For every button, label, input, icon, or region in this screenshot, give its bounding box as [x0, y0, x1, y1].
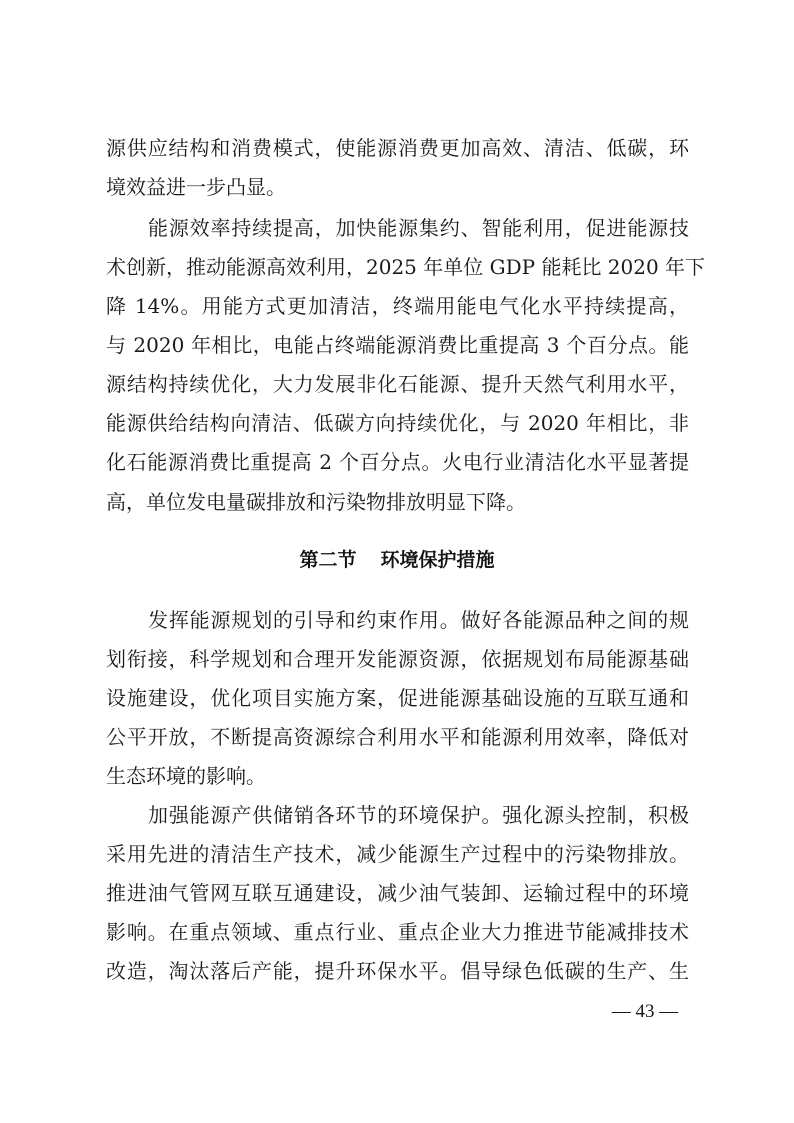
body-text-line: 推进油气管网互联互通建设，减少油气装卸、运输过程中的环境 [106, 878, 689, 908]
body-text-line: 降 14%。用能方式更加清洁，终端用能电气化水平持续提高， [106, 291, 689, 321]
body-text-line: 划衔接，科学规划和合理开发能源资源，依据规划布局能源基础 [106, 644, 689, 674]
section-heading: 第二节环境保护措施 [0, 545, 794, 575]
body-text-line: 高，单位发电量碳排放和污染物排放明显下降。 [106, 487, 689, 517]
body-text-line: 术创新，推动能源高效利用，2025 年单位 GDP 能耗比 2020 年下 [106, 252, 689, 282]
body-text-line: 生态环境的影响。 [106, 761, 689, 791]
body-text-line: 境效益进一步凸显。 [106, 172, 689, 202]
paragraph-first-line: 发挥能源规划的引导和约束作用。做好各能源品种之间的规 [148, 605, 689, 635]
section-number: 第二节 [299, 549, 356, 571]
body-text-line: 改造，淘汰落后产能，提升环保水平。倡导绿色低碳的生产、生 [106, 956, 689, 986]
body-text-line: 影响。在重点领域、重点行业、重点企业大力推进节能减排技术 [106, 917, 689, 947]
body-text-line: 设施建设，优化项目实施方案，促进能源基础设施的互联互通和 [106, 683, 689, 713]
section-title: 环境保护措施 [381, 549, 495, 571]
document-page: 源供应结构和消费模式，使能源消费更加高效、清洁、低碳，环 境效益进一步凸显。 能… [0, 0, 794, 1123]
body-text-line: 源供应结构和消费模式，使能源消费更加高效、清洁、低碳，环 [106, 133, 689, 163]
paragraph-first-line: 加强能源产供储销各环节的环境保护。强化源头控制，积极 [148, 800, 689, 830]
paragraph-first-line: 能源效率持续提高，加快能源集约、智能利用，促进能源技 [148, 213, 689, 243]
body-text-line: 化石能源消费比重提高 2 个百分点。火电行业清洁化水平显著提 [106, 447, 689, 477]
page-number: — 43 — [600, 998, 690, 1026]
body-text-line: 公平开放，不断提高资源综合利用水平和能源利用效率，降低对 [106, 722, 689, 752]
body-text-line: 能源供给结构向清洁、低碳方向持续优化，与 2020 年相比，非 [106, 408, 689, 438]
body-text-line: 与 2020 年相比，电能占终端能源消费比重提高 3 个百分点。能 [106, 330, 689, 360]
body-text-line: 源结构持续优化，大力发展非化石能源、提升天然气利用水平， [106, 369, 689, 399]
body-text-line: 采用先进的清洁生产技术，减少能源生产过程中的污染物排放。 [106, 839, 689, 869]
